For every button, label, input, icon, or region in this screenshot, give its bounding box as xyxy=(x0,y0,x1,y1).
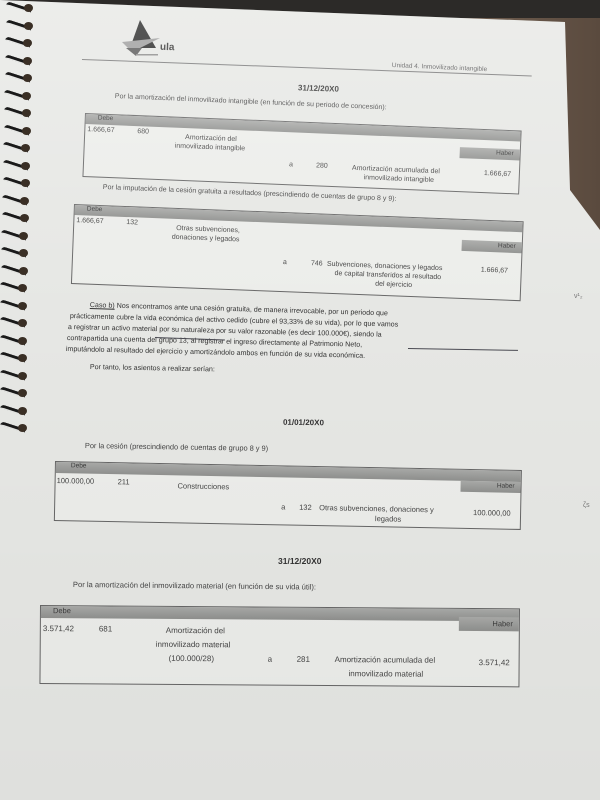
haber-label: Haber xyxy=(497,482,515,489)
credit-account: 281 xyxy=(297,655,310,665)
spiral-ring xyxy=(0,405,30,415)
credit-account: 746 xyxy=(311,260,323,269)
debit-account: 211 xyxy=(118,477,130,487)
spiral-ring xyxy=(0,387,30,397)
spiral-ring xyxy=(4,125,34,135)
document-page: ula Unidad 4. Inmovilizado intangible 31… xyxy=(0,0,600,800)
spiral-binding xyxy=(0,0,34,440)
conclusion-text: Por tanto, los asientos a realizar sería… xyxy=(90,362,215,375)
spiral-ring xyxy=(3,160,33,170)
spiral-ring xyxy=(1,265,31,275)
spiral-ring xyxy=(2,212,32,222)
debit-name-line-2: donaciones y legados xyxy=(172,234,240,245)
debit-amount: 3.571,42 xyxy=(43,624,74,634)
debit-account: 681 xyxy=(99,624,112,634)
spiral-ring xyxy=(5,72,35,82)
debit-amount: 1.666,67 xyxy=(76,217,104,227)
debe-label: Debe xyxy=(53,606,71,615)
spiral-ring xyxy=(1,247,31,257)
spiral-ring xyxy=(3,177,33,187)
credit-amount: 100.000,00 xyxy=(473,508,511,518)
entry-4-date: 31/12/20X0 xyxy=(278,556,321,566)
credit-account: 132 xyxy=(299,503,312,513)
spiral-ring xyxy=(0,370,30,380)
spiral-ring xyxy=(1,230,31,240)
haber-label: Haber xyxy=(492,619,512,628)
pen-underline xyxy=(408,348,518,351)
credit-name-line-2: inmovilizado material xyxy=(348,669,423,680)
entry-3-caption: Por la cesión (prescindiendo de cuentas … xyxy=(85,441,268,453)
debit-name-line-2: inmovilizado material xyxy=(156,640,231,651)
spiral-ring xyxy=(4,90,34,100)
debit-account: 132 xyxy=(126,219,138,228)
debit-amount: 100.000,00 xyxy=(57,476,95,486)
journal-entry-2: Debe Haber 1.666,67 132 Otras subvencion… xyxy=(71,204,524,301)
credit-amount: 1.666,67 xyxy=(481,267,509,277)
spiral-ring xyxy=(3,142,33,152)
journal-entry-1: Debe Haber 1.666,67 680 Amortización del… xyxy=(82,113,521,194)
caso-b-label: Caso b) xyxy=(90,301,115,310)
credit-name-line-2: inmovilizado intangible xyxy=(363,174,434,186)
credit-name-line-2: legados xyxy=(375,514,401,524)
logo-text: ula xyxy=(160,42,175,53)
margin-note: ζs xyxy=(583,502,590,509)
connector: a xyxy=(268,655,273,665)
margin-note: ν¹₂ xyxy=(574,293,583,300)
credit-name-line-3: del ejercicio xyxy=(375,281,412,291)
spiral-ring xyxy=(6,20,36,30)
spiral-ring xyxy=(5,55,35,65)
debit-name-line-1: Amortización del xyxy=(166,626,225,636)
connector: a xyxy=(289,161,293,170)
debit-amount: 1.666,67 xyxy=(87,126,115,136)
credit-amount: 1.666,67 xyxy=(484,170,512,180)
credit-name-line-1: Otras subvenciones, donaciones y xyxy=(319,503,434,515)
connector: a xyxy=(281,502,285,511)
spiral-ring xyxy=(0,352,30,362)
entry-3-date: 01/01/20X0 xyxy=(283,418,324,428)
debit-name-line-1: Construcciones xyxy=(177,481,229,491)
journal-entry-4: Debe Haber 3.571,42 681 Amortización del… xyxy=(39,605,520,687)
debe-label: Debe xyxy=(87,205,103,213)
spiral-ring xyxy=(0,300,30,310)
entry-1-caption: Por la amortización del inmovilizado int… xyxy=(115,93,387,111)
spiral-ring xyxy=(0,335,30,345)
debit-account: 680 xyxy=(137,128,149,137)
debe-label: Debe xyxy=(98,115,114,123)
ledger-header xyxy=(41,606,519,621)
ledger-header xyxy=(75,205,523,232)
spiral-ring xyxy=(5,37,35,47)
entry-4-caption: Por la amortización del inmovilizado mat… xyxy=(73,580,316,592)
spiral-ring xyxy=(0,422,30,432)
spiral-ring xyxy=(0,282,30,292)
entry-1-date: 31/12/20X0 xyxy=(298,83,339,93)
credit-account: 280 xyxy=(316,162,328,171)
journal-entry-3: Debe Haber 100.000,00 211 Construcciones… xyxy=(54,461,522,530)
debe-label: Debe xyxy=(71,462,87,469)
connector: a xyxy=(283,259,287,268)
spiral-ring xyxy=(4,107,34,117)
credit-name-line-1: Amortización acumulada del xyxy=(335,655,436,666)
debit-name-line-2: inmovilizado intangible xyxy=(175,143,246,155)
haber-label: Haber xyxy=(496,150,514,158)
haber-label: Haber xyxy=(498,242,516,250)
credit-amount: 3.571,42 xyxy=(479,658,510,668)
debit-name-line-3: (100.000/28) xyxy=(169,654,214,664)
spiral-ring xyxy=(0,317,30,327)
spiral-ring xyxy=(6,2,36,12)
spiral-ring xyxy=(2,195,32,205)
ledger-header xyxy=(86,114,521,141)
